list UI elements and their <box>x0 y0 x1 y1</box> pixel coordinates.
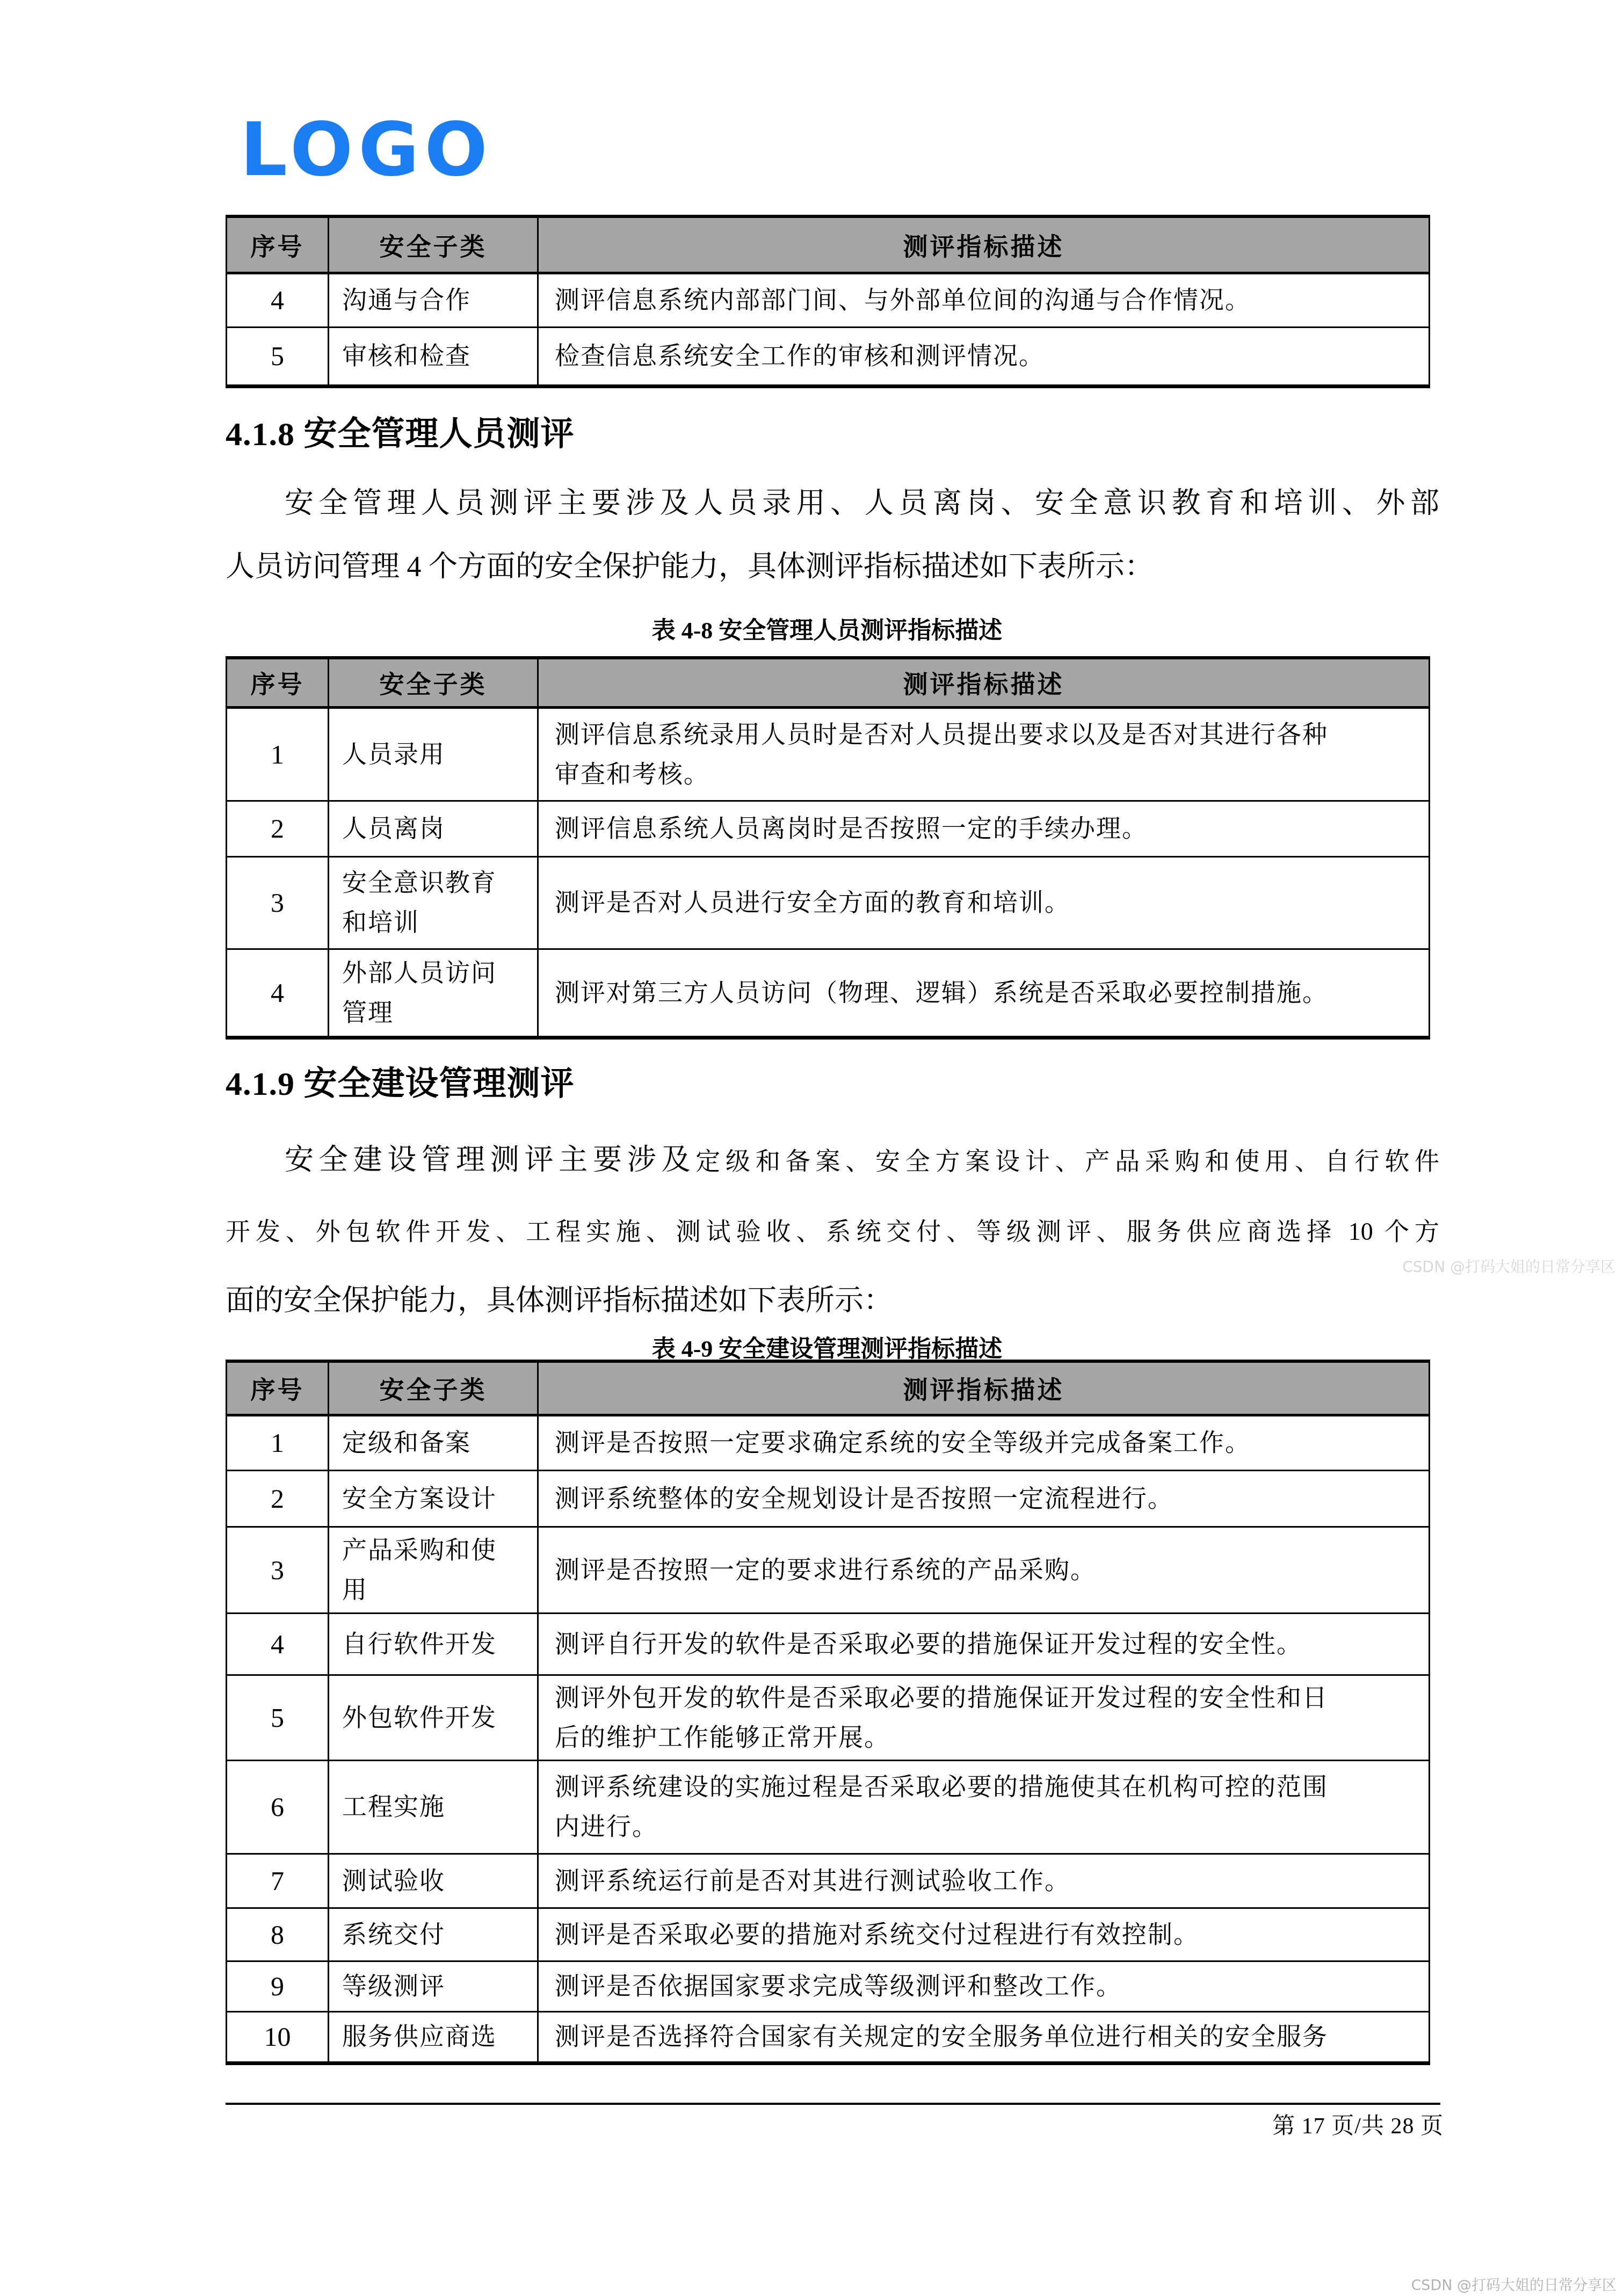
table-header-row: 序号 安全子类 测评指标描述 <box>227 216 1430 273</box>
cell-subclass: 等级测评 <box>329 1961 538 2011</box>
cell-no: 2 <box>227 1470 329 1527</box>
table-row: 8 系统交付 测评是否采取必要的措施对系统交付过程进行有效控制。 <box>227 1908 1430 1961</box>
table-row: 2 安全方案设计 测评系统整体的安全规划设计是否按照一定流程进行。 <box>227 1470 1430 1527</box>
cell-desc: 测评自行开发的软件是否采取必要的措施保证开发过程的安全性。 <box>538 1613 1430 1675</box>
cell-no: 10 <box>227 2011 329 2063</box>
document-page: LOGO 序号 安全子类 测评指标描述 4 沟通与合作 测评信息系统内部部门间、… <box>0 0 1624 2296</box>
table-row: 6 工程实施 测评系统建设的实施过程是否采取必要的措施使其在机构可控的范围 内进… <box>227 1760 1430 1854</box>
cell-no: 4 <box>227 949 329 1037</box>
cell-desc: 检查信息系统安全工作的审核和测评情况。 <box>538 327 1430 386</box>
company-logo: LOGO <box>240 107 493 193</box>
cell-no: 2 <box>227 801 329 856</box>
paragraph-run-small: 开发、外包软件开发、工程实施、测试验收、系统交付、等级测评、服务供应商选择 10… <box>226 1218 1439 1245</box>
column-header-desc: 测评指标描述 <box>538 1361 1430 1415</box>
column-header-no: 序号 <box>227 216 329 273</box>
table-header-row: 序号 安全子类 测评指标描述 <box>227 658 1430 707</box>
table-row: 1 定级和备案 测评是否按照一定要求确定系统的安全等级并完成备案工作。 <box>227 1415 1430 1470</box>
table-row: 4 外部人员访问 管理 测评对第三方人员访问（物理、逻辑）系统是否采取必要控制措… <box>227 949 1430 1037</box>
paragraph-419: 安全建设管理测评主要涉及定级和备案、安全方案设计、产品采购和使用、自行软件 开发… <box>226 1125 1439 1335</box>
cell-no: 9 <box>227 1961 329 2011</box>
table-management-org-continued: 序号 安全子类 测评指标描述 4 沟通与合作 测评信息系统内部部门间、与外部单位… <box>226 215 1430 388</box>
cell-desc: 测评外包开发的软件是否采取必要的措施保证开发过程的安全性和日 后的维护工作能够正… <box>538 1675 1430 1760</box>
cell-desc: 测评对第三方人员访问（物理、逻辑）系统是否采取必要控制措施。 <box>538 949 1430 1037</box>
cell-desc: 测评是否采取必要的措施对系统交付过程进行有效控制。 <box>538 1908 1430 1961</box>
paragraph-run-large: 安全建设管理测评主要涉及 <box>285 1144 695 1176</box>
table-row: 1 人员录用 测评信息系统录用人员时是否对人员提出要求以及是否对其进行各种 审查… <box>227 707 1430 801</box>
paragraph-line: 面的安全保护能力，具体测评指标描述如下表所示： <box>226 1266 1439 1335</box>
cell-subclass: 工程实施 <box>329 1760 538 1854</box>
cell-subclass: 外部人员访问 管理 <box>329 949 538 1037</box>
cell-desc: 测评信息系统录用人员时是否对人员提出要求以及是否对其进行各种 审查和考核。 <box>538 707 1430 801</box>
cell-desc: 测评信息系统人员离岗时是否按照一定的手续办理。 <box>538 801 1430 856</box>
page-number: 第 17 页/共 28 页 <box>1272 2108 1444 2140</box>
cell-subclass: 服务供应商选 <box>329 2011 538 2063</box>
cell-subclass: 审核和检查 <box>329 327 538 386</box>
cell-desc: 测评是否选择符合国家有关规定的安全服务单位进行相关的安全服务 <box>538 2011 1430 2063</box>
cell-subclass: 自行软件开发 <box>329 1613 538 1675</box>
cell-no: 4 <box>227 273 329 327</box>
cell-subclass: 系统交付 <box>329 1908 538 1961</box>
column-header-no: 序号 <box>227 658 329 707</box>
csdn-watermark-mid: CSDN @打码大姐的日常分享区 <box>1402 1255 1615 1277</box>
table-row: 2 人员离岗 测评信息系统人员离岗时是否按照一定的手续办理。 <box>227 801 1430 856</box>
table-4-9: 序号 安全子类 测评指标描述 1 定级和备案 测评是否按照一定要求确定系统的安全… <box>226 1360 1430 2065</box>
cell-subclass: 测试验收 <box>329 1854 538 1908</box>
cell-no: 5 <box>227 327 329 386</box>
cell-subclass: 沟通与合作 <box>329 273 538 327</box>
cell-no: 3 <box>227 1527 329 1613</box>
column-header-no: 序号 <box>227 1361 329 1415</box>
cell-subclass: 人员录用 <box>329 707 538 801</box>
paragraph-run-small: 定级和备案、安全方案设计、产品采购和使用、自行软件 <box>695 1147 1439 1175</box>
footer-divider <box>226 2103 1440 2105</box>
cell-subclass: 安全意识教育 和培训 <box>329 856 538 949</box>
cell-subclass: 安全方案设计 <box>329 1470 538 1527</box>
cell-desc: 测评是否按照一定的要求进行系统的产品采购。 <box>538 1527 1430 1613</box>
table-caption-4-8: 表 4-8 安全管理人员测评指标描述 <box>226 611 1429 645</box>
cell-desc: 测评系统整体的安全规划设计是否按照一定流程进行。 <box>538 1470 1430 1527</box>
table-row: 4 自行软件开发 测评自行开发的软件是否采取必要的措施保证开发过程的安全性。 <box>227 1613 1430 1675</box>
cell-desc: 测评是否对人员进行安全方面的教育和培训。 <box>538 856 1430 949</box>
table-row: 10 服务供应商选 测评是否选择符合国家有关规定的安全服务单位进行相关的安全服务 <box>227 2011 1430 2063</box>
paragraph-line: 开发、外包软件开发、工程实施、测试验收、系统交付、等级测评、服务供应商选择 10… <box>226 1196 1439 1266</box>
csdn-watermark-bottom: CSDN @打码大姐的日常分享区 <box>1411 2273 1616 2294</box>
section-heading-418: 4.1.8 安全管理人员测评 <box>226 407 575 455</box>
cell-subclass: 产品采购和使 用 <box>329 1527 538 1613</box>
cell-subclass: 人员离岗 <box>329 801 538 856</box>
cell-subclass: 外包软件开发 <box>329 1675 538 1760</box>
cell-desc: 测评系统建设的实施过程是否采取必要的措施使其在机构可控的范围 内进行。 <box>538 1760 1430 1854</box>
column-header-subclass: 安全子类 <box>329 216 538 273</box>
cell-no: 1 <box>227 1415 329 1470</box>
table-row: 7 测试验收 测评系统运行前是否对其进行测试验收工作。 <box>227 1854 1430 1908</box>
cell-no: 4 <box>227 1613 329 1675</box>
table-caption-4-9: 表 4-9 安全建设管理测评指标描述 <box>226 1329 1429 1364</box>
column-header-subclass: 安全子类 <box>329 1361 538 1415</box>
table-row: 3 安全意识教育 和培训 测评是否对人员进行安全方面的教育和培训。 <box>227 856 1430 949</box>
table-header-row: 序号 安全子类 测评指标描述 <box>227 1361 1430 1415</box>
table-row: 5 审核和检查 检查信息系统安全工作的审核和测评情况。 <box>227 327 1430 386</box>
cell-no: 6 <box>227 1760 329 1854</box>
cell-no: 1 <box>227 707 329 801</box>
column-header-subclass: 安全子类 <box>329 658 538 707</box>
column-header-desc: 测评指标描述 <box>538 658 1430 707</box>
table-4-8: 序号 安全子类 测评指标描述 1 人员录用 测评信息系统录用人员时是否对人员提出… <box>226 656 1430 1040</box>
cell-desc: 测评是否按照一定要求确定系统的安全等级并完成备案工作。 <box>538 1415 1430 1470</box>
paragraph-line: 安全管理人员测评主要涉及人员录用、人员离岗、安全意识教育和培训、外部 <box>226 471 1439 535</box>
cell-desc: 测评系统运行前是否对其进行测试验收工作。 <box>538 1854 1430 1908</box>
table-row: 5 外包软件开发 测评外包开发的软件是否采取必要的措施保证开发过程的安全性和日 … <box>227 1675 1430 1760</box>
paragraph-line: 人员访问管理 4 个方面的安全保护能力，具体测评指标描述如下表所示： <box>226 535 1439 598</box>
cell-desc: 测评是否依据国家要求完成等级测评和整改工作。 <box>538 1961 1430 2011</box>
table-row: 3 产品采购和使 用 测评是否按照一定的要求进行系统的产品采购。 <box>227 1527 1430 1613</box>
table-row: 9 等级测评 测评是否依据国家要求完成等级测评和整改工作。 <box>227 1961 1430 2011</box>
cell-no: 3 <box>227 856 329 949</box>
cell-no: 5 <box>227 1675 329 1760</box>
paragraph-line: 安全建设管理测评主要涉及定级和备案、安全方案设计、产品采购和使用、自行软件 <box>226 1125 1439 1196</box>
table-row: 4 沟通与合作 测评信息系统内部部门间、与外部单位间的沟通与合作情况。 <box>227 273 1430 327</box>
section-heading-419: 4.1.9 安全建设管理测评 <box>226 1057 575 1105</box>
column-header-desc: 测评指标描述 <box>538 216 1430 273</box>
cell-no: 7 <box>227 1854 329 1908</box>
cell-desc: 测评信息系统内部部门间、与外部单位间的沟通与合作情况。 <box>538 273 1430 327</box>
cell-subclass: 定级和备案 <box>329 1415 538 1470</box>
paragraph-418: 安全管理人员测评主要涉及人员录用、人员离岗、安全意识教育和培训、外部 人员访问管… <box>226 471 1439 598</box>
cell-no: 8 <box>227 1908 329 1961</box>
